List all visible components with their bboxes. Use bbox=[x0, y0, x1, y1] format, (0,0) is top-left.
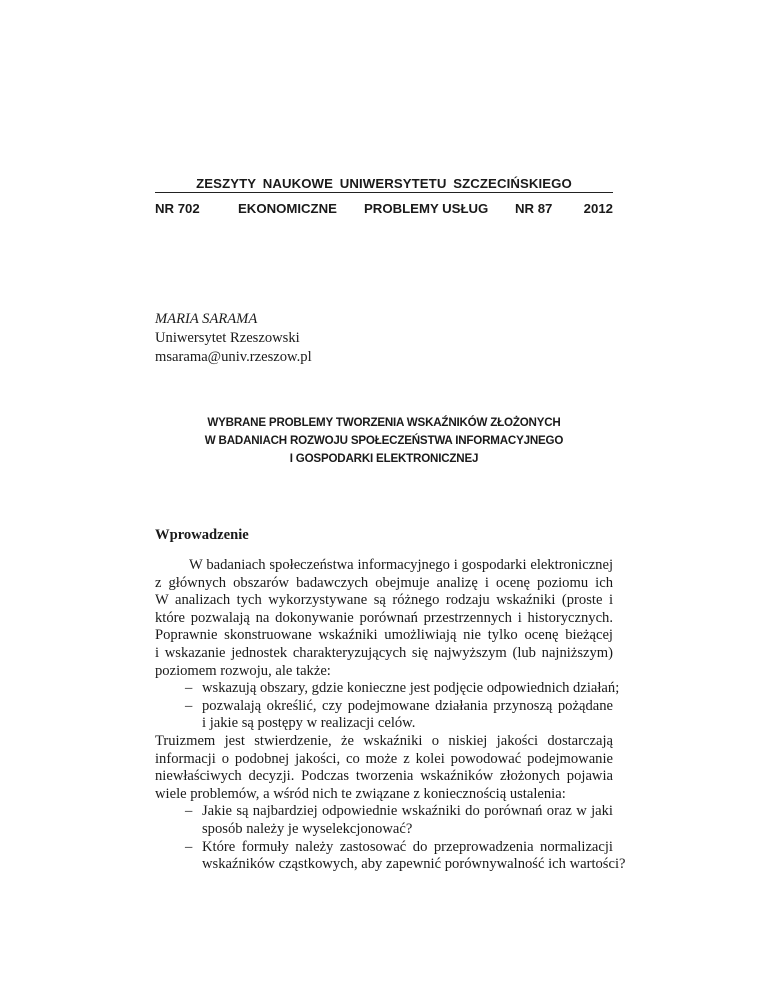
paragraph-line: informacji o podobnej jakości, co może z… bbox=[155, 751, 613, 769]
paragraph-line: Poprawnie skonstruowane wskaźniki umożli… bbox=[155, 627, 613, 645]
paragraph-line: W badaniach społeczeństwa informacyjnego… bbox=[155, 557, 613, 575]
subseries-name: PROBLEMY USŁUG bbox=[364, 201, 488, 216]
author-affiliation: Uniwersytet Rzeszowski bbox=[155, 329, 312, 348]
header-rule bbox=[155, 192, 613, 193]
paragraph-line: poziomem rozwoju, ale także: bbox=[155, 663, 613, 681]
paragraph-line: i wskazanie jednostek charakteryzujących… bbox=[155, 645, 613, 663]
paragraph-line: Truizmem jest stwierdzenie, że wskaźniki… bbox=[155, 733, 613, 751]
paragraph-line: niewłaściwych decyzji. Podczas tworzenia… bbox=[155, 768, 613, 786]
list-item: – pozwalają określić, czy podejmowane dz… bbox=[155, 698, 613, 716]
article-title-line: I GOSPODARKI ELEKTRONICZNEJ bbox=[155, 450, 613, 468]
dash-bullet-icon: – bbox=[185, 680, 192, 698]
dash-bullet-icon: – bbox=[185, 803, 192, 821]
list-item-continuation: i jakie są postępy w realizacji celów. bbox=[155, 715, 613, 733]
paragraph-line: z głównych obszarów badawczych obejmuje … bbox=[155, 575, 613, 593]
issue-number: NR 702 bbox=[155, 201, 200, 216]
author-email[interactable]: msarama@univ.rzeszow.pl bbox=[155, 348, 312, 367]
document-page: ZESZYTY NAUKOWE UNIWERSYTETU SZCZECIŃSKI… bbox=[0, 0, 768, 994]
author-name: MARIA SARAMA bbox=[155, 310, 312, 329]
volume-number: NR 87 bbox=[515, 201, 552, 216]
article-title: WYBRANE PROBLEMY TWORZENIA WSKAŹNIKÓW ZŁ… bbox=[155, 414, 613, 468]
publication-year: 2012 bbox=[584, 201, 613, 216]
section-heading: Wprowadzenie bbox=[155, 527, 249, 544]
article-title-line: WYBRANE PROBLEMY TWORZENIA WSKAŹNIKÓW ZŁ… bbox=[155, 414, 613, 432]
paragraph-line: wiele problemów, a wśród nich te związan… bbox=[155, 786, 613, 804]
dash-bullet-icon: – bbox=[185, 698, 192, 716]
body-text: W badaniach społeczeństwa informacyjnego… bbox=[155, 557, 613, 874]
list-item-continuation: sposób należy je wyselekcjonować? bbox=[155, 821, 613, 839]
paragraph-line: które pozwalają na dokonywanie porównań … bbox=[155, 610, 613, 628]
list-item: – wskazują obszary, gdzie konieczne jest… bbox=[155, 680, 613, 698]
list-item: – Które formuły należy zastosować do prz… bbox=[155, 839, 613, 857]
dash-bullet-icon: – bbox=[185, 839, 192, 857]
journal-title: ZESZYTY NAUKOWE UNIWERSYTETU SZCZECIŃSKI… bbox=[155, 176, 613, 191]
author-block: MARIA SARAMA Uniwersytet Rzeszowski msar… bbox=[155, 310, 312, 367]
list-item-continuation: wskaźników cząstkowych, aby zapewnić por… bbox=[155, 856, 613, 874]
paragraph-line: W analizach tych wykorzystywane są różne… bbox=[155, 592, 613, 610]
article-title-line: W BADANIACH ROZWOJU SPOŁECZEŃSTWA INFORM… bbox=[155, 432, 613, 450]
series-name: EKONOMICZNE bbox=[238, 201, 337, 216]
list-item: – Jakie są najbardziej odpowiednie wskaź… bbox=[155, 803, 613, 821]
